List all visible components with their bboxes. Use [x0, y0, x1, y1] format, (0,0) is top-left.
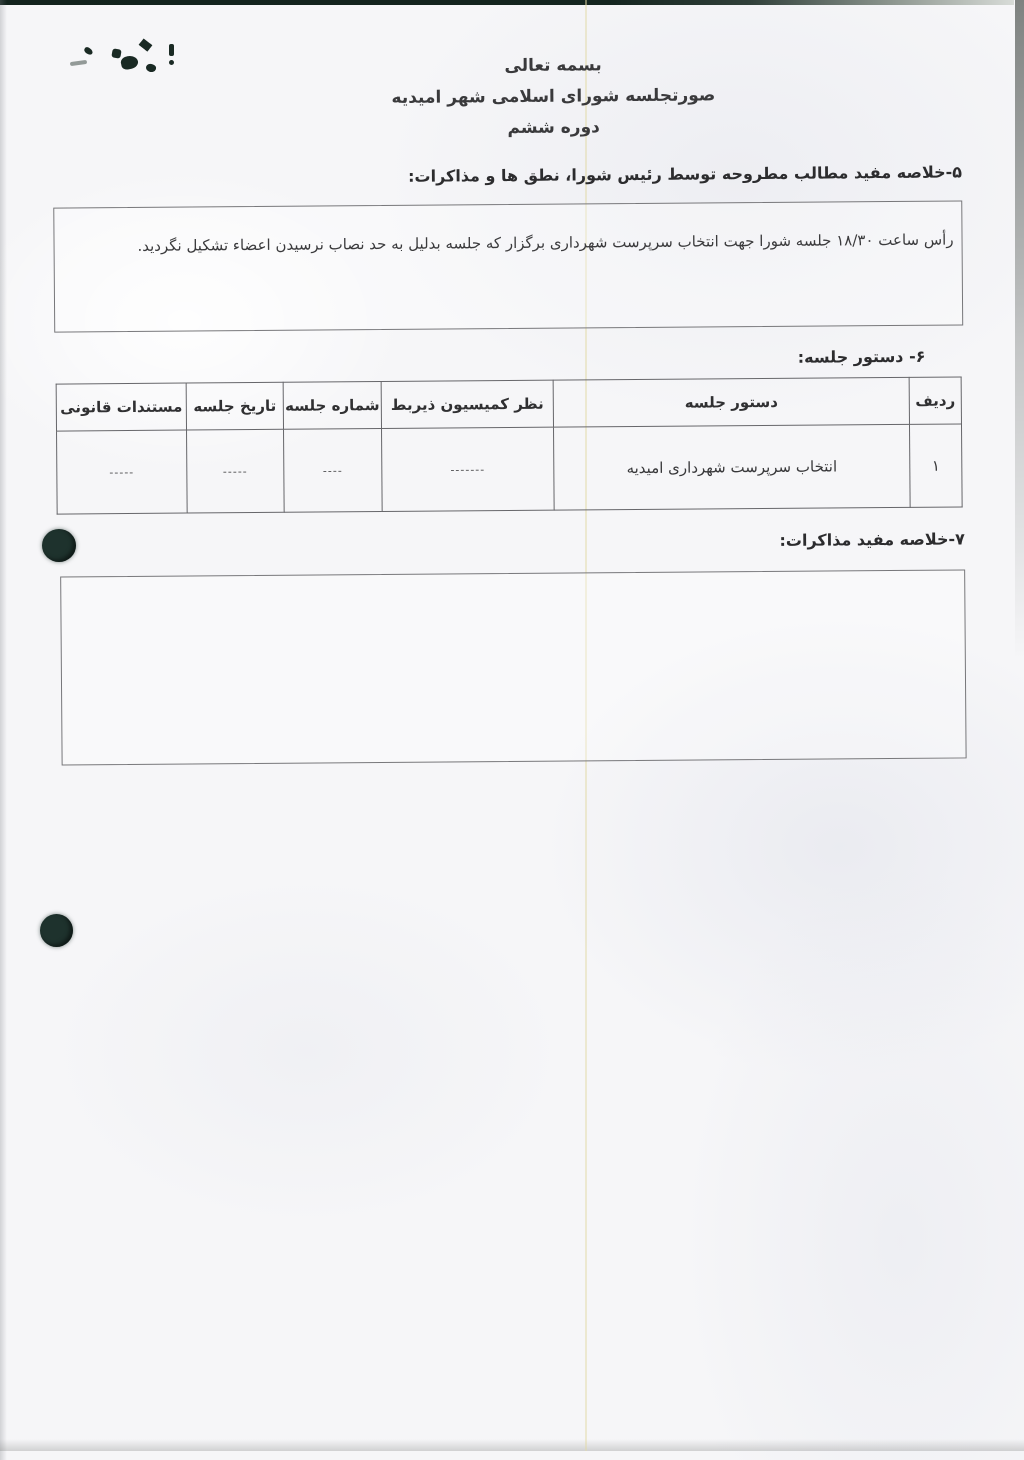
bismillah-line: بسمه تعالی: [348, 49, 758, 83]
col-header-meeting-number: شماره جلسه: [283, 382, 381, 430]
cell-row-number: ۱: [909, 424, 962, 507]
scanned-document-page: بسمه تعالی صورتجلسه شورای اسلامی شهر امی…: [0, 0, 1024, 1460]
cell-meeting-number: ----: [284, 429, 383, 513]
col-header-row-number: ردیف: [909, 377, 961, 424]
section5-summary-text: رأس ساعت ۱۸/۳۰ جلسه شورا جهت انتخاب سرپر…: [54, 201, 961, 258]
cell-meeting-date: -----: [187, 429, 285, 513]
col-header-agenda: دستور جلسه: [553, 377, 909, 427]
col-header-legal-documents: مستندات قانونی: [56, 383, 186, 431]
section7-summary-text: [61, 570, 964, 603]
section5-heading: ۵-خلاصه مفید مطالب مطروحه توسط رئیس شورا…: [408, 162, 962, 185]
document-term: دوره ششم: [349, 111, 759, 145]
agenda-table: ردیف دستور جلسه نظر کمیسیون ذیربط شماره …: [56, 376, 963, 514]
section5-summary-box: رأس ساعت ۱۸/۳۰ جلسه شورا جهت انتخاب سرپر…: [53, 200, 963, 332]
section6-heading: ۶- دستور جلسه:: [798, 347, 926, 367]
document-header: بسمه تعالی صورتجلسه شورای اسلامی شهر امی…: [348, 49, 759, 145]
cell-agenda: انتخاب سرپرست شهرداری امیدیه: [553, 424, 910, 510]
section7-summary-box: [60, 569, 966, 765]
cell-commission-opinion: -------: [382, 427, 555, 511]
col-header-meeting-date: تاریخ جلسه: [186, 382, 283, 430]
agenda-table-row: ۱ انتخاب سرپرست شهرداری امیدیه ------- -…: [57, 424, 963, 514]
cell-legal-documents: -----: [57, 430, 188, 514]
document-title: صورتجلسه شورای اسلامی شهر امیدیه: [348, 80, 758, 114]
agenda-table-header-row: ردیف دستور جلسه نظر کمیسیون ذیربط شماره …: [56, 377, 961, 431]
section7-heading: ۷-خلاصه مفید مذاکرات:: [779, 529, 965, 549]
document-content: بسمه تعالی صورتجلسه شورای اسلامی شهر امی…: [0, 0, 1024, 1460]
col-header-commission-opinion: نظر کمیسیون ذیربط: [381, 380, 553, 428]
